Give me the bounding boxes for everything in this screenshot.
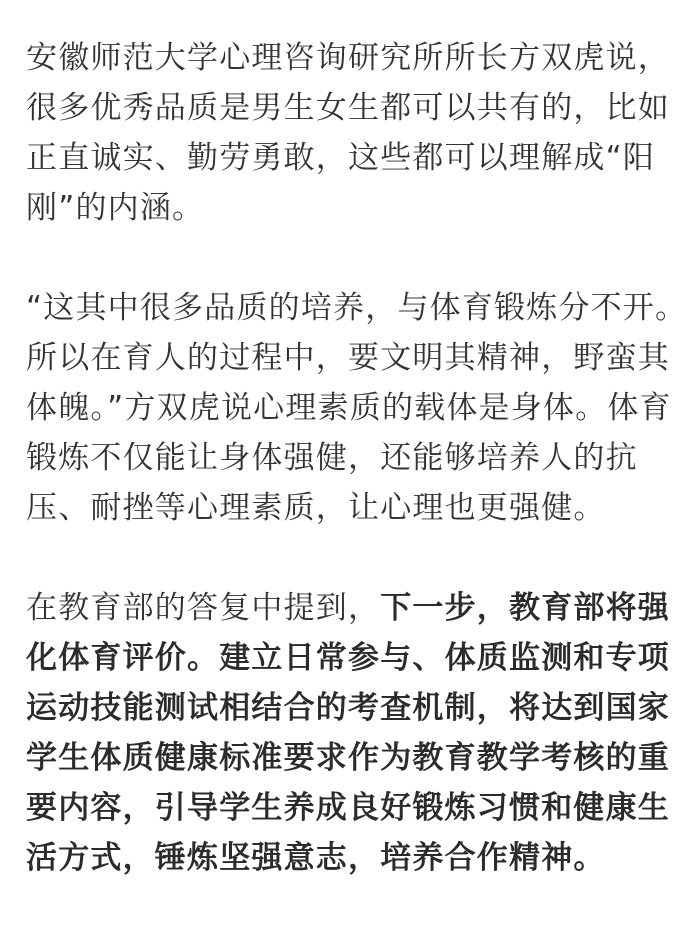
- text-line: 要内容，引导学生养成良好锻炼习惯和健康生: [26, 783, 686, 833]
- text-line: “这其中很多品质的培养，与体育锻炼分不开。: [26, 283, 686, 333]
- text-line: 锻炼不仅能让身体强健，还能够培养人的抗: [26, 433, 686, 483]
- text-line: 在教育部的答复中提到，下一步，教育部将强: [26, 583, 686, 633]
- text-line: 所以在育人的过程中，要文明其精神，野蛮其: [26, 333, 686, 383]
- text-bold: 化体育评价。建立日常参与、体质监测和专项: [26, 640, 670, 676]
- text-line: 刚”的内涵。: [26, 183, 686, 233]
- text-normal: 所以在育人的过程中，要文明其精神，野蛮其: [26, 340, 670, 376]
- text-bold: 学生体质健康标准要求作为教育教学考核的重: [26, 740, 670, 776]
- text-line: 活方式，锤炼坚强意志，培养合作精神。: [26, 833, 686, 883]
- paragraph-3: 在教育部的答复中提到，下一步，教育部将强 化体育评价。建立日常参与、体质监测和专…: [26, 583, 686, 883]
- text-line: 压、耐挫等心理素质，让心理也更强健。: [26, 483, 686, 533]
- article-body: 安徽师范大学心理咨询研究所所长方双虎说， 很多优秀品质是男生女生都可以共有的，比…: [26, 33, 686, 933]
- text-line: 正直诚实、勤劳勇敢，这些都可以理解成“阳: [26, 133, 686, 183]
- text-line: 体魄。”方双虎说心理素质的载体是身体。体育: [26, 383, 686, 433]
- text-normal: 在教育部的答复中提到，: [26, 590, 380, 626]
- text-bold: 运动技能测试相结合的考查机制，将达到国家: [26, 690, 670, 726]
- text-normal: 压、耐挫等心理素质，让心理也更强健。: [26, 490, 606, 526]
- text-normal: 刚”的内涵。: [26, 190, 204, 226]
- text-bold: 要内容，引导学生养成良好锻炼习惯和健康生: [26, 790, 670, 826]
- text-normal: 正直诚实、勤劳勇敢，这些都可以理解成“阳: [26, 140, 655, 176]
- text-line: 学生体质健康标准要求作为教育教学考核的重: [26, 733, 686, 783]
- text-line: 运动技能测试相结合的考查机制，将达到国家: [26, 683, 686, 733]
- text-normal: 体魄。”方双虎说心理素质的载体是身体。体育: [26, 390, 672, 426]
- text-bold: 下一步，教育部将强: [380, 590, 670, 626]
- text-normal: 安徽师范大学心理咨询研究所所长方双虎说，: [26, 40, 670, 76]
- text-line: 很多优秀品质是男生女生都可以共有的，比如: [26, 83, 686, 133]
- text-normal: 很多优秀品质是男生女生都可以共有的，比如: [26, 90, 670, 126]
- text-normal: 锻炼不仅能让身体强健，还能够培养人的抗: [26, 440, 638, 476]
- text-bold: 活方式，锤炼坚强意志，培养合作精神。: [26, 840, 606, 876]
- text-line: 化体育评价。建立日常参与、体质监测和专项: [26, 633, 686, 683]
- text-line: 安徽师范大学心理咨询研究所所长方双虎说，: [26, 33, 686, 83]
- paragraph-1: 安徽师范大学心理咨询研究所所长方双虎说， 很多优秀品质是男生女生都可以共有的，比…: [26, 33, 686, 233]
- paragraph-2: “这其中很多品质的培养，与体育锻炼分不开。 所以在育人的过程中，要文明其精神，野…: [26, 283, 686, 533]
- text-normal: “这其中很多品质的培养，与体育锻炼分不开。: [26, 290, 687, 326]
